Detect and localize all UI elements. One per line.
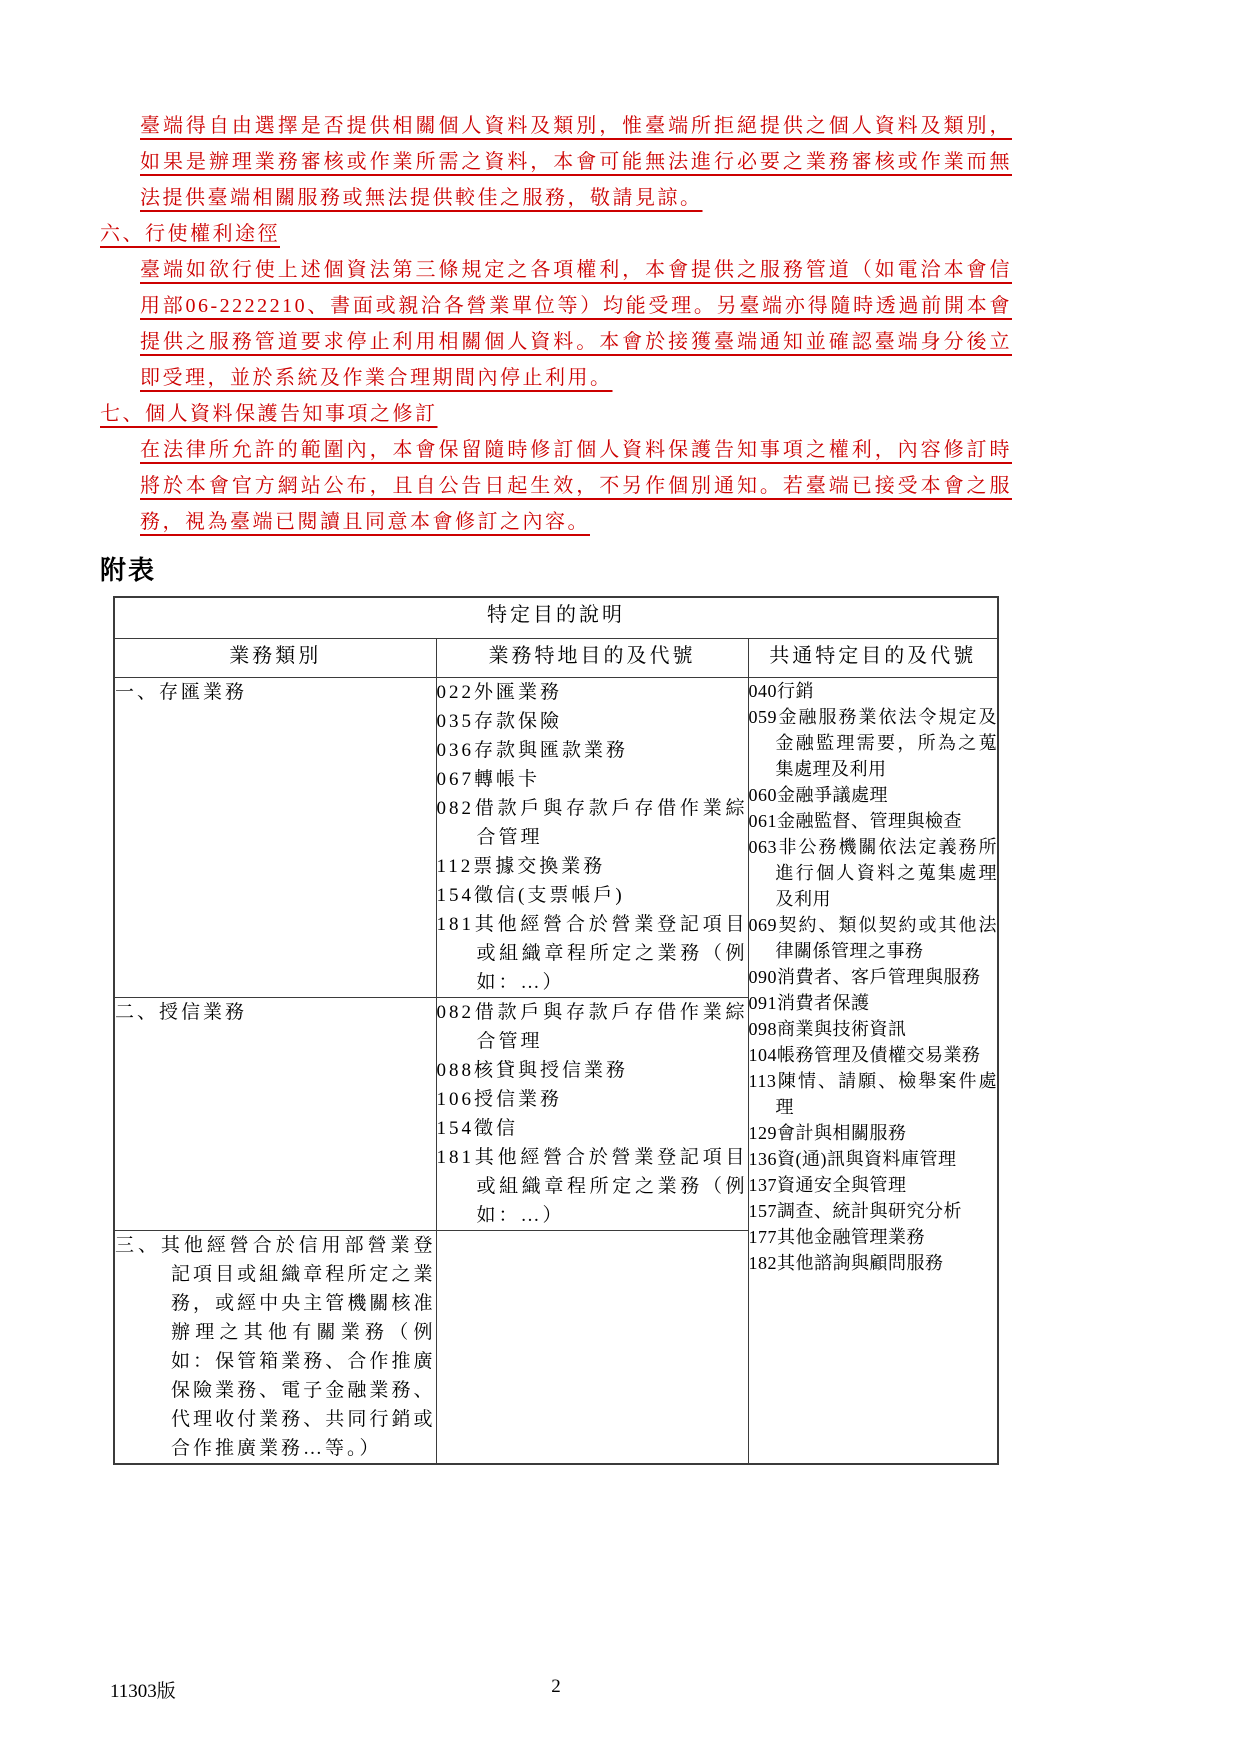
- category-cell: 一、存匯業務: [114, 678, 436, 998]
- category-label: 一、存匯業務: [115, 678, 436, 707]
- purpose-item: 106授信業務: [437, 1085, 748, 1114]
- category-cell: 二、授信業務: [114, 998, 436, 1231]
- purpose-item: 136資(通)訊與資料庫管理: [749, 1146, 998, 1172]
- purpose-item: 112票據交換業務: [437, 852, 748, 881]
- category-cell: 三、其他經營合於信用部營業登記項目或組織章程所定之業務，或經中央主管機關核准辦理…: [114, 1231, 436, 1465]
- purpose-item: 091消費者保護: [749, 990, 998, 1016]
- purpose-item: 088核貸與授信業務: [437, 1056, 748, 1085]
- purpose-item: 069契約、類似契約或其他法律關係管理之事務: [749, 912, 998, 964]
- section-6-heading: 六、行使權利途徑: [100, 216, 1012, 252]
- specific-purpose-cell-empty: [436, 1231, 748, 1465]
- purpose-item: 059金融服務業依法令規定及金融監理需要，所為之蒐集處理及利用: [749, 704, 998, 782]
- purpose-item: 137資通安全與管理: [749, 1172, 998, 1198]
- specific-purpose-cell: 082借款戶與存款戶存借作業綜合管理088核貸與授信業務106授信業務154徵信…: [436, 998, 748, 1231]
- purpose-item: 154徵信: [437, 1114, 748, 1143]
- section-7-heading: 七、個人資料保護告知事項之修訂: [100, 396, 1012, 432]
- attachment-label: 附表: [100, 556, 1012, 586]
- purpose-item: 090消費者、客戶管理與服務: [749, 964, 998, 990]
- table-title-row: 特定目的說明: [114, 597, 998, 639]
- page-content: 臺端得自由選擇是否提供相關個人資料及類別，惟臺端所拒絕提供之個人資料及類別，如果…: [100, 108, 1012, 1465]
- purpose-item: 063非公務機關依法定義務所進行個人資料之蒐集處理及利用: [749, 834, 998, 912]
- purpose-item: 022外匯業務: [437, 678, 748, 707]
- document-page: { "document": { "continuation_paragraph"…: [0, 0, 1241, 1755]
- table-title: 特定目的說明: [114, 597, 998, 639]
- purpose-item: 113陳情、請願、檢舉案件處理: [749, 1068, 998, 1120]
- purpose-item: 040行銷: [749, 678, 998, 704]
- purpose-item: 177其他金融管理業務: [749, 1224, 998, 1250]
- purpose-item: 035存款保險: [437, 707, 748, 736]
- purpose-item: 082借款戶與存款戶存借作業綜合管理: [437, 998, 748, 1056]
- legal-text-block: 臺端得自由選擇是否提供相關個人資料及類別，惟臺端所拒絕提供之個人資料及類別，如果…: [100, 108, 1012, 540]
- continuation-paragraph: 臺端得自由選擇是否提供相關個人資料及類別，惟臺端所拒絕提供之個人資料及類別，如果…: [140, 108, 1012, 216]
- section-7-body: 在法律所允許的範圍內，本會保留隨時修訂個人資料保護告知事項之權利，內容修訂時將於…: [140, 432, 1012, 540]
- column-header-specific-purpose: 業務特地目的及代號: [436, 639, 748, 678]
- column-header-business-category: 業務類別: [114, 639, 436, 678]
- specific-purpose-cell: 022外匯業務035存款保險036存款與匯款業務067轉帳卡082借款戶與存款戶…: [436, 678, 748, 998]
- purpose-item: 154徵信(支票帳戶): [437, 881, 748, 910]
- table-row-deposit-remittance: 一、存匯業務 022外匯業務035存款保險036存款與匯款業務067轉帳卡082…: [114, 678, 998, 998]
- purpose-item: 104帳務管理及債權交易業務: [749, 1042, 998, 1068]
- section-6-body: 臺端如欲行使上述個資法第三條規定之各項權利，本會提供之服務管道（如電洽本會信用部…: [140, 252, 1012, 396]
- page-number: 2: [100, 1676, 1012, 1698]
- purpose-item: 067轉帳卡: [437, 765, 748, 794]
- column-header-common-purpose: 共通特定目的及代號: [748, 639, 998, 678]
- purpose-item: 036存款與匯款業務: [437, 736, 748, 765]
- category-label: 三、其他經營合於信用部營業登記項目或組織章程所定之業務，或經中央主管機關核准辦理…: [115, 1231, 436, 1463]
- purpose-item: 060金融爭議處理: [749, 782, 998, 808]
- purpose-item: 181其他經營合於營業登記項目或組織章程所定之業務（例如：…）: [437, 1143, 748, 1230]
- purpose-item: 157調查、統計與研究分析: [749, 1198, 998, 1224]
- common-purpose-cell: 040行銷059金融服務業依法令規定及金融監理需要，所為之蒐集處理及利用060金…: [748, 678, 998, 1465]
- purpose-item: 061金融監督、管理與檢查: [749, 808, 998, 834]
- purpose-item: 181其他經營合於營業登記項目或組織章程所定之業務（例如：…）: [437, 910, 748, 997]
- purpose-item: 098商業與技術資訊: [749, 1016, 998, 1042]
- purpose-item: 129會計與相關服務: [749, 1120, 998, 1146]
- table-header-row: 業務類別 業務特地目的及代號 共通特定目的及代號: [114, 639, 998, 678]
- purpose-item: 082借款戶與存款戶存借作業綜合管理: [437, 794, 748, 852]
- specific-purpose-table: 特定目的說明 業務類別 業務特地目的及代號 共通特定目的及代號 一、存匯業務 0…: [113, 596, 999, 1465]
- category-label: 二、授信業務: [115, 998, 436, 1027]
- purpose-item: 182其他諮詢與顧問服務: [749, 1250, 998, 1276]
